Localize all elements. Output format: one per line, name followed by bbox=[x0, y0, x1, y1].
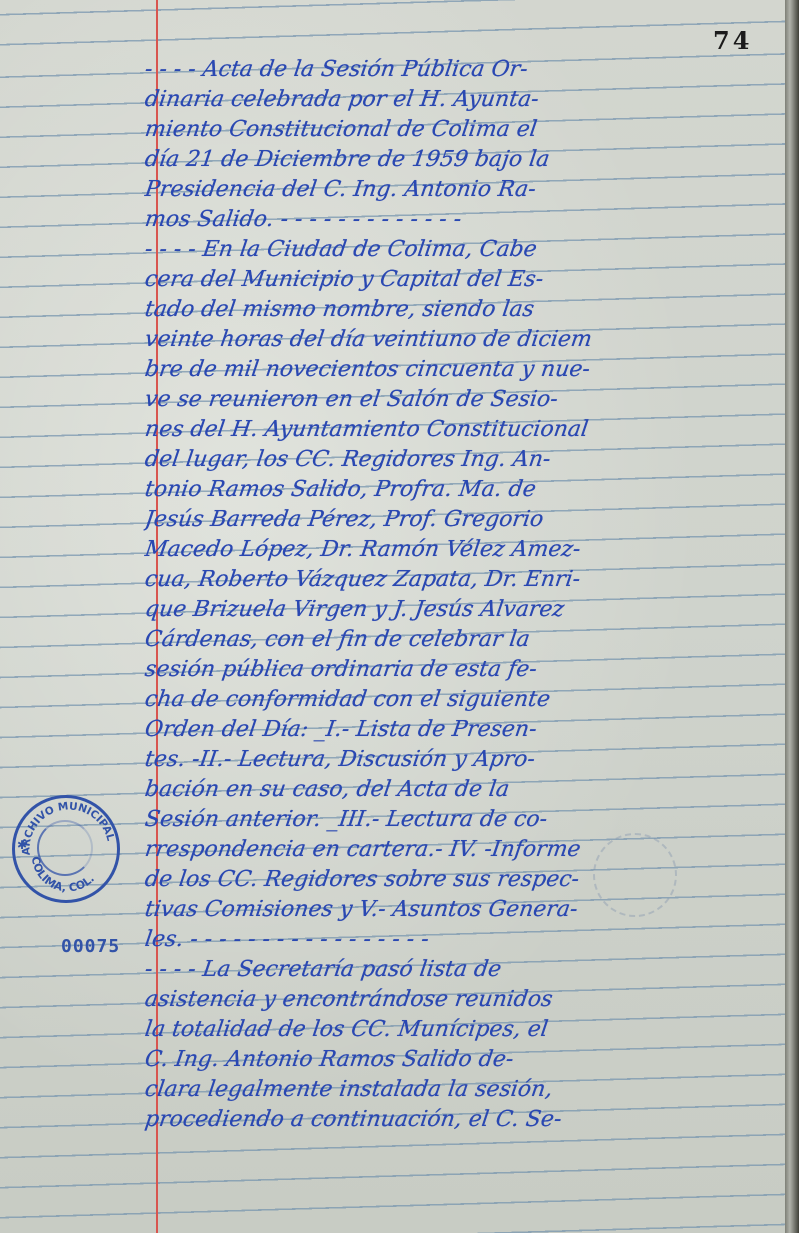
text-line: dinaria celebrada por el H. Ayunta- bbox=[143, 85, 785, 115]
text-line: veinte horas del día veintiuno de diciem bbox=[143, 325, 785, 355]
text-line: Presidencia del C. Ing. Antonio Ra- bbox=[143, 175, 785, 205]
archive-code-number: 00075 bbox=[61, 936, 120, 957]
stamp-star-icon: ✱ bbox=[17, 838, 27, 852]
text-line: cua, Roberto Vázquez Zapata, Dr. Enri- bbox=[143, 565, 785, 595]
text-line: C. Ing. Antonio Ramos Salido de- bbox=[143, 1045, 785, 1075]
text-line: ve se reunieron en el Salón de Sesio- bbox=[143, 385, 785, 415]
text-line: que Brizuela Virgen y J. Jesús Alvarez bbox=[143, 595, 785, 625]
text-line: clara legalmente instalada la sesión, bbox=[143, 1075, 785, 1105]
text-line: mos Salido. - - - - - - - - - - - - - bbox=[143, 205, 785, 235]
text-line: les. - - - - - - - - - - - - - - - - - bbox=[143, 925, 785, 955]
text-line: Cárdenas, con el fin de celebrar la bbox=[143, 625, 785, 655]
text-line: rrespondencia en cartera.- IV. -Informe bbox=[143, 835, 785, 865]
text-line: bación en su caso, del Acta de la bbox=[143, 775, 785, 805]
text-line: tivas Comisiones y V.- Asuntos Genera- bbox=[143, 895, 785, 925]
text-line: día 21 de Diciembre de 1959 bajo la bbox=[143, 145, 785, 175]
text-line: - - - - La Secretaría pasó lista de bbox=[143, 955, 785, 985]
text-line: cha de conformidad con el siguiente bbox=[143, 685, 785, 715]
text-line: procediendo a continuación, el C. Se- bbox=[143, 1105, 785, 1135]
text-line: nes del H. Ayuntamiento Constitucional bbox=[143, 415, 785, 445]
stamp-inner-seal bbox=[37, 820, 93, 876]
text-line: - - - - En la Ciudad de Colima, Cabe bbox=[143, 235, 785, 265]
text-line: miento Constitucional de Colima el bbox=[143, 115, 785, 145]
text-line: asistencia y encontrándose reunidos bbox=[143, 985, 785, 1015]
ledger-page: 74 ARCHIVO MUNICIPAL COLIMA, COL. ✱ 0007… bbox=[0, 0, 785, 1233]
text-line: sesión pública ordinaria de esta fe- bbox=[143, 655, 785, 685]
text-line: Macedo López, Dr. Ramón Vélez Amez- bbox=[143, 535, 785, 565]
text-line: de los CC. Regidores sobre sus respec- bbox=[143, 865, 785, 895]
handwritten-text: - - - - Acta de la Sesión Pública Or- di… bbox=[145, 55, 785, 1135]
text-line: - - - - Acta de la Sesión Pública Or- bbox=[143, 55, 785, 85]
text-line: cera del Municipio y Capital del Es- bbox=[143, 265, 785, 295]
text-line: bre de mil novecientos cincuenta y nue- bbox=[143, 355, 785, 385]
text-line: la totalidad de los CC. Munícipes, el bbox=[143, 1015, 785, 1045]
text-line: Sesión anterior. _III.- Lectura de co- bbox=[143, 805, 785, 835]
text-line: Orden del Día: _I.- Lista de Presen- bbox=[143, 715, 785, 745]
page-number: 74 bbox=[713, 26, 752, 55]
text-line: tado del mismo nombre, siendo las bbox=[143, 295, 785, 325]
text-line: tonio Ramos Salido, Profra. Ma. de bbox=[143, 475, 785, 505]
text-line: tes. -II.- Lectura, Discusión y Apro- bbox=[143, 745, 785, 775]
book-binding-edge bbox=[785, 0, 799, 1233]
text-line: Jesús Barreda Pérez, Prof. Gregorio bbox=[143, 505, 785, 535]
archivo-municipal-stamp: ARCHIVO MUNICIPAL COLIMA, COL. ✱ bbox=[12, 795, 120, 903]
text-line: del lugar, los CC. Regidores Ing. An- bbox=[143, 445, 785, 475]
